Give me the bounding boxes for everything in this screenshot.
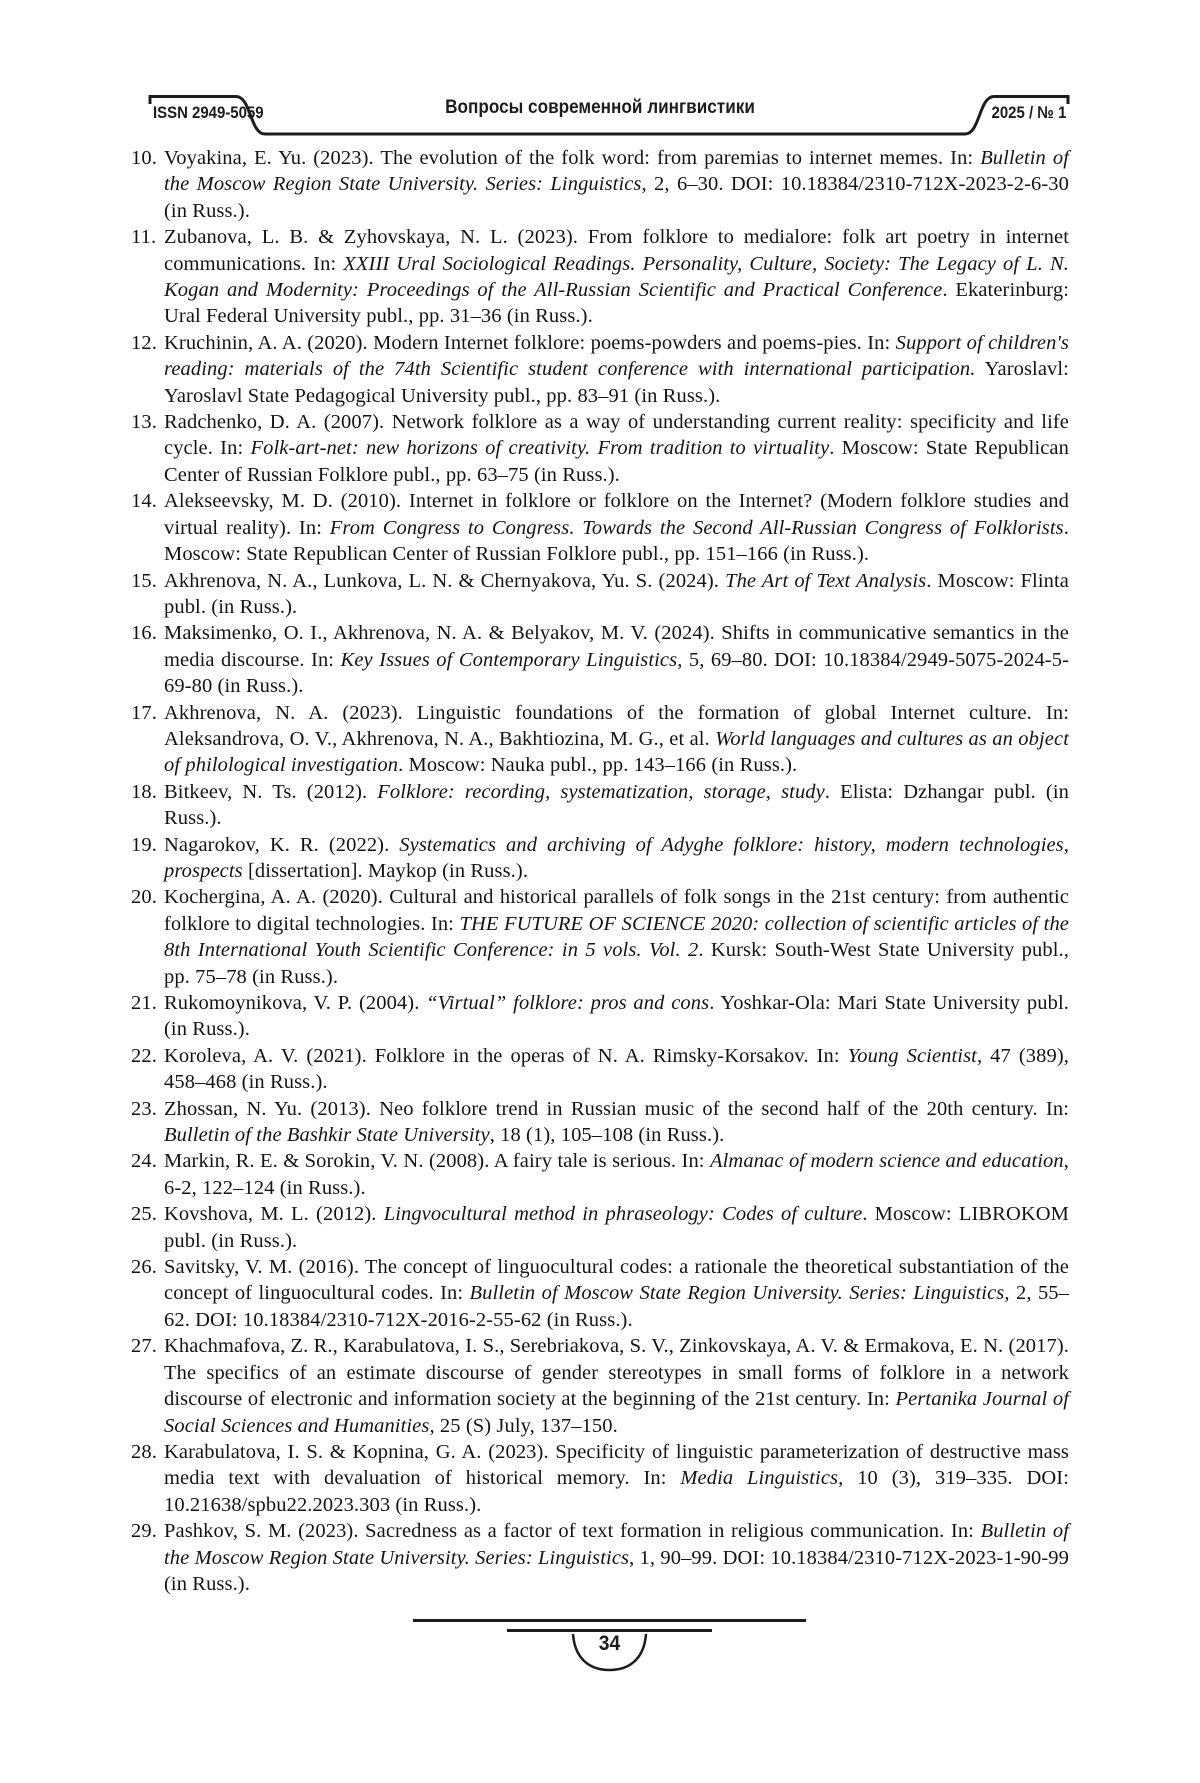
reference-number: 16. [131,620,157,646]
reference-number: 21. [131,990,157,1016]
reference-number: 23. [131,1096,157,1122]
reference-number: 20. [131,884,157,910]
reference-item: 22.Koroleva, A. V. (2021). Folklore in t… [131,1043,1069,1096]
reference-item: 15.Akhrenova, N. A., Lunkova, L. N. & Ch… [131,568,1069,621]
reference-number: 22. [131,1043,157,1069]
reference-item: 16.Maksimenko, O. I., Akhrenova, N. A. &… [131,620,1069,699]
reference-italic-text: The Art of Text Analysis [725,570,926,592]
reference-item: 10.Voyakina, E. Yu. (2023). The evolutio… [131,145,1069,224]
reference-italic-text: Key Issues of Contemporary Linguistics [341,649,678,671]
reference-text: Kovshova, M. L. (2012). [164,1203,384,1225]
reference-item: 11.Zubanova, L. B. & Zyhovskaya, N. L. (… [131,224,1069,330]
reference-item: 28.Karabulatova, I. S. & Kopnina, G. A. … [131,1439,1069,1518]
reference-text: Bitkeev, N. Ts. (2012). [164,781,377,803]
reference-number: 27. [131,1333,157,1359]
reference-item: 25.Kovshova, M. L. (2012). Lingvocultura… [131,1201,1069,1254]
reference-italic-text: Folk-art-net: new horizons of creativity… [250,437,829,459]
reference-text: Rukomoynikova, V. P. (2004). [164,992,426,1014]
reference-text: Koroleva, A. V. (2021). Folklore in the … [164,1045,848,1067]
page-number: 34 [580,1632,640,1656]
reference-item: 18.Bitkeev, N. Ts. (2012). Folklore: rec… [131,779,1069,832]
reference-italic-text: Folklore: recording, systematization, st… [377,781,825,803]
reference-number: 18. [131,779,157,805]
reference-number: 26. [131,1254,157,1280]
reference-italic-text: Bulletin of the Bashkir State University [164,1124,490,1146]
reference-text: Markin, R. E. & Sorokin, V. N. (2008). A… [164,1150,710,1172]
reference-item: 26.Savitsky, V. M. (2016). The concept o… [131,1254,1069,1333]
reference-number: 11. [131,224,156,250]
reference-item: 24.Markin, R. E. & Sorokin, V. N. (2008)… [131,1148,1069,1201]
reference-text: Pashkov, S. M. (2023). Sacredness as a f… [164,1520,981,1542]
reference-item: 29.Pashkov, S. M. (2023). Sacredness as … [131,1518,1069,1597]
reference-number: 24. [131,1148,157,1174]
reference-text: , 18 (1), 105–108 (in Russ.). [490,1124,725,1146]
reference-italic-text: Lingvocultural method in phraseology: Co… [384,1203,863,1225]
references-list: 10.Voyakina, E. Yu. (2023). The evolutio… [131,145,1069,1597]
reference-number: 14. [131,488,157,514]
reference-text: , 25 (S) July, 137–150. [429,1415,617,1437]
reference-item: 27.Khachmafova, Z. R., Karabulatova, I. … [131,1333,1069,1439]
reference-text: [dissertation]. Maykop (in Russ.). [243,860,528,882]
reference-italic-text: “Virtual” folklore: pros and cons [426,992,709,1014]
reference-text: Zhossan, N. Yu. (2013). Neo folklore tre… [164,1098,1069,1120]
reference-number: 17. [131,700,157,726]
reference-item: 19.Nagarokov, K. R. (2022). Systematics … [131,832,1069,885]
reference-item: 21.Rukomoynikova, V. P. (2004). “Virtual… [131,990,1069,1043]
reference-item: 14.Alekseevsky, M. D. (2010). Internet i… [131,488,1069,567]
reference-italic-text: From Congress to Congress. Towards the S… [330,517,1064,539]
reference-item: 23.Zhossan, N. Yu. (2013). Neo folklore … [131,1096,1069,1149]
journal-page: ISSN 2949-5059 Вопросы современной лингв… [0,0,1200,1783]
reference-italic-text: Bulletin of Moscow State Region Universi… [470,1282,1005,1304]
reference-item: 20.Kochergina, A. A. (2020). Cultural an… [131,884,1069,990]
reference-text: Akhrenova, N. A., Lunkova, L. N. & Chern… [164,570,725,592]
reference-text: Nagarokov, K. R. (2022). [164,834,399,856]
reference-number: 19. [131,832,157,858]
reference-item: 17.Akhrenova, N. A. (2023). Linguistic f… [131,700,1069,779]
reference-item: 12.Kruchinin, A. A. (2020). Modern Inter… [131,330,1069,409]
reference-number: 10. [131,145,157,171]
reference-number: 25. [131,1201,157,1227]
reference-italic-text: Media Linguistics [680,1467,838,1489]
reference-item: 13.Radchenko, D. A. (2007). Network folk… [131,409,1069,488]
reference-text: . Moscow: Nauka publ., pp. 143–166 (in R… [398,754,797,776]
reference-number: 15. [131,568,157,594]
reference-italic-text: Almanac of modern science and education [710,1150,1064,1172]
reference-number: 28. [131,1439,157,1465]
journal-title: Вопросы современной лингвистики [72,96,1128,119]
issue-label: 2025 / № 1 [991,103,1067,123]
reference-text: Voyakina, E. Yu. (2023). The evolution o… [164,147,980,169]
reference-number: 29. [131,1518,157,1544]
reference-number: 12. [131,330,157,356]
reference-text: Kruchinin, A. A. (2020). Modern Internet… [164,332,896,354]
reference-italic-text: Young Scientist [848,1045,977,1067]
reference-number: 13. [131,409,157,435]
